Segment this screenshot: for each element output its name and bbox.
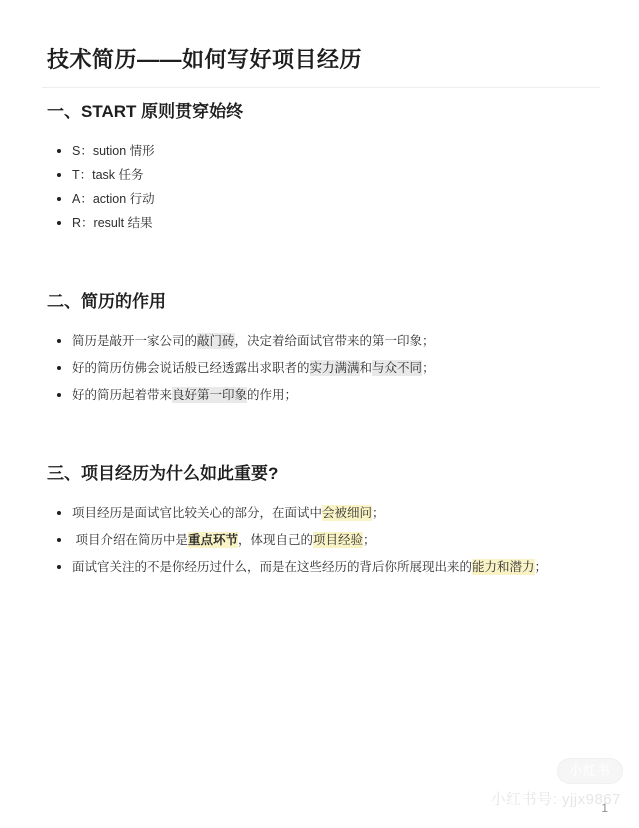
text-segment: ；	[422, 361, 435, 375]
text-segment: 项目经历是面试官比较关心的部分，在面试中	[72, 506, 322, 520]
text-segment: 与众不同	[372, 360, 422, 376]
page-title: 技术简历——如何写好项目经历	[47, 46, 592, 74]
list-item: 面试官关注的不是你经历过什么，而是在这些经历的背后你所展现出来的能力和潜力；	[47, 559, 592, 575]
bullet-list: 项目经历是面试官比较关心的部分，在面试中会被细问； 项目介绍在简历中是重点环节，…	[47, 505, 592, 575]
bullet-text: 面试官关注的不是你经历过什么，而是在这些经历的背后你所展现出来的能力和潜力；	[72, 559, 547, 575]
bullet-icon	[57, 565, 61, 569]
section-2: 二、简历的作用简历是敲开一家公司的敲门砖，决定着给面试官带来的第一印象；好的简历…	[47, 291, 592, 403]
text-segment: 实力满满	[310, 360, 360, 376]
bullet-icon	[57, 538, 61, 542]
text-segment: 好的简历仿佛会说话般已经透露出求职者的	[72, 361, 310, 375]
section-heading: 一、START 原则贯穿始终	[47, 101, 592, 123]
text-segment: 重点环节	[188, 532, 238, 548]
bullet-icon	[57, 197, 61, 201]
bullet-list: 简历是敲开一家公司的敲门砖，决定着给面试官带来的第一印象；好的简历仿佛会说话般已…	[47, 333, 592, 403]
title-divider	[42, 87, 600, 88]
text-segment: 简历是敲开一家公司的	[72, 334, 197, 348]
section-1: 一、START 原则贯穿始终S：sution 情形T：task 任务A：acti…	[47, 101, 592, 231]
text-segment: ，体现自己的	[238, 533, 313, 547]
bullet-icon	[57, 393, 61, 397]
text-segment: T：task 任务	[72, 168, 144, 182]
list-item: 项目经历是面试官比较关心的部分，在面试中会被细问；	[47, 505, 592, 521]
text-segment: 能力和潜力	[472, 559, 535, 575]
bullet-icon	[57, 511, 61, 515]
text-segment: 项目经验	[313, 532, 363, 548]
text-segment: R：result 结果	[72, 216, 153, 230]
bullet-text: 好的简历起着带来良好第一印象的作用；	[72, 387, 297, 403]
list-item: 简历是敲开一家公司的敲门砖，决定着给面试官带来的第一印象；	[47, 333, 592, 349]
xiaohongshu-logo-badge: 小红书	[557, 758, 623, 784]
list-item: T：task 任务	[47, 167, 592, 183]
list-item: A：action 行动	[47, 191, 592, 207]
text-segment: ；	[535, 560, 548, 574]
bullet-text: 项目介绍在简历中是重点环节，体现自己的项目经验；	[72, 532, 376, 548]
text-segment: A：action 行动	[72, 192, 155, 206]
bullet-text: R：result 结果	[72, 216, 153, 230]
bullet-icon	[57, 149, 61, 153]
list-item: S：sution 情形	[47, 143, 592, 159]
text-segment: 良好第一印象	[172, 387, 247, 403]
text-segment: 敲门砖	[197, 333, 235, 349]
section-heading: 二、简历的作用	[47, 291, 592, 313]
bullet-icon	[57, 339, 61, 343]
text-segment: 的作用；	[247, 388, 297, 402]
section-3: 三、项目经历为什么如此重要?项目经历是面试官比较关心的部分，在面试中会被细问； …	[47, 463, 592, 575]
text-segment: ；	[372, 506, 385, 520]
bullet-icon	[57, 366, 61, 370]
text-segment: S：sution 情形	[72, 144, 155, 158]
sections-container: 一、START 原则贯穿始终S：sution 情形T：task 任务A：acti…	[47, 101, 592, 575]
list-item: R：result 结果	[47, 215, 592, 231]
list-item: 好的简历起着带来良好第一印象的作用；	[47, 387, 592, 403]
text-segment: 和	[360, 361, 373, 375]
document-page: 技术简历——如何写好项目经历 一、START 原则贯穿始终S：sution 情形…	[0, 0, 639, 828]
text-segment: 好的简历起着带来	[72, 388, 172, 402]
text-segment: ；	[363, 533, 376, 547]
section-heading: 三、项目经历为什么如此重要?	[47, 463, 592, 485]
text-segment: ，决定着给面试官带来的第一印象；	[235, 334, 435, 348]
list-item: 项目介绍在简历中是重点环节，体现自己的项目经验；	[47, 532, 592, 548]
bullet-text: 简历是敲开一家公司的敲门砖，决定着给面试官带来的第一印象；	[72, 333, 435, 349]
text-segment: 会被细问	[322, 505, 372, 521]
bullet-text: T：task 任务	[72, 168, 144, 182]
list-item: 好的简历仿佛会说话般已经透露出求职者的实力满满和与众不同；	[47, 360, 592, 376]
bullet-text: 项目经历是面试官比较关心的部分，在面试中会被细问；	[72, 505, 385, 521]
text-segment: 项目介绍在简历中是	[72, 533, 188, 547]
page-number: 1	[601, 801, 608, 815]
bullet-text: A：action 行动	[72, 192, 155, 206]
bullet-text: 好的简历仿佛会说话般已经透露出求职者的实力满满和与众不同；	[72, 360, 435, 376]
text-segment: 面试官关注的不是你经历过什么，而是在这些经历的背后你所展现出来的	[72, 560, 472, 574]
bullet-icon	[57, 173, 61, 177]
bullet-list: S：sution 情形T：task 任务A：action 行动R：result …	[47, 143, 592, 231]
bullet-text: S：sution 情形	[72, 144, 155, 158]
bullet-icon	[57, 221, 61, 225]
